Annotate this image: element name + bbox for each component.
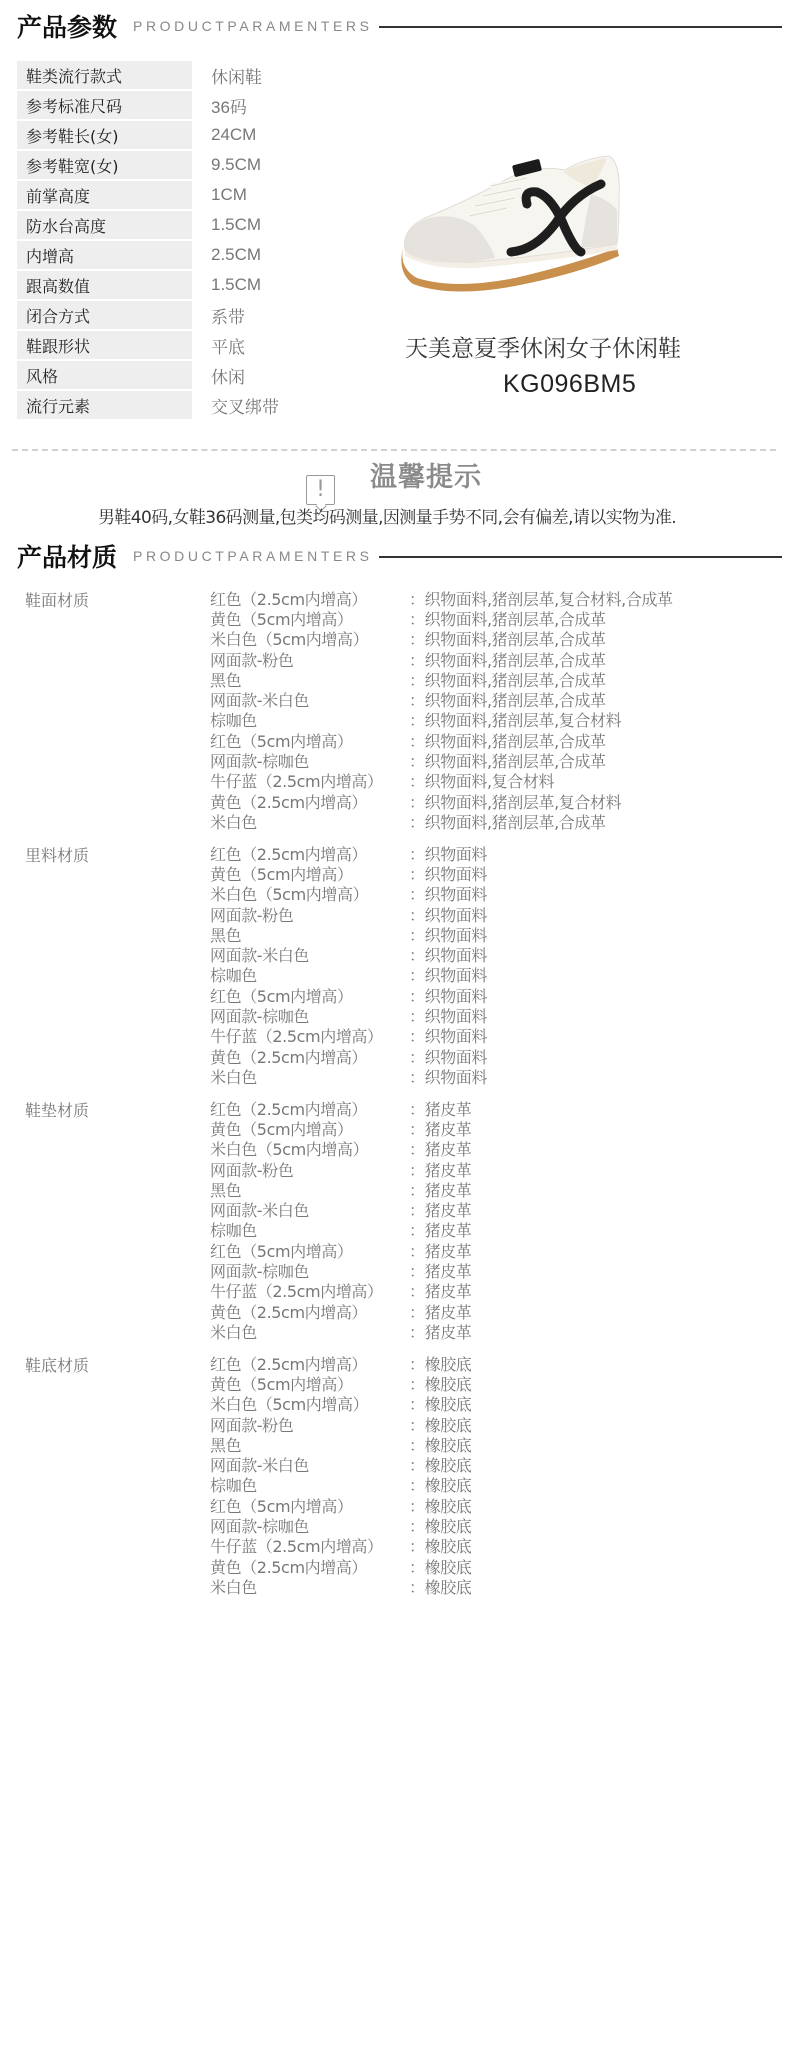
material-row: 黑色：猪皮革 [210, 1179, 790, 1199]
material-row: 米白色：猪皮革 [210, 1321, 790, 1341]
param-row: 参考鞋长(女)24CM [17, 120, 377, 150]
param-value: 1.5CM [211, 215, 261, 235]
material-row: 牛仔蓝（2.5cm内增高）：猪皮革 [210, 1281, 790, 1301]
material-row: 黄色（5cm内增高）：橡胶底 [210, 1373, 790, 1393]
param-row: 参考标准尺码36码 [17, 90, 377, 120]
param-label: 前掌高度 [17, 181, 192, 209]
param-value: 2.5CM [211, 245, 261, 265]
material-row: 棕咖色：织物面料 [210, 965, 790, 985]
material-value: ：织物面料,猪剖层革,合成革 [409, 810, 606, 833]
material-color: 米白色 [210, 1065, 409, 1088]
section-subtitle: PRODUCTPARAMENTERS [133, 18, 373, 34]
material-row: 红色（5cm内增高）：橡胶底 [210, 1495, 790, 1515]
material-row: 网面款-棕咖色：猪皮革 [210, 1260, 790, 1280]
material-row: 黄色（5cm内增高）：织物面料,猪剖层革,合成革 [210, 608, 790, 628]
param-value: 系带 [211, 303, 245, 328]
param-row: 跟高数值1.5CM [17, 270, 377, 300]
material-row: 黑色：橡胶底 [210, 1434, 790, 1454]
material-row: 黄色（2.5cm内增高）：猪皮革 [210, 1301, 790, 1321]
material-row: 红色（2.5cm内增高）：猪皮革 [210, 1098, 790, 1118]
material-value: ：织物面料 [409, 1065, 487, 1088]
material-row: 网面款-米白色：织物面料,猪剖层革,合成革 [210, 689, 790, 709]
material-row: 牛仔蓝（2.5cm内增高）：织物面料,复合材料 [210, 771, 790, 791]
material-row: 米白色（5cm内增高）：猪皮革 [210, 1139, 790, 1159]
param-value: 1.5CM [211, 275, 261, 295]
material-row: 米白色（5cm内增高）：橡胶底 [210, 1394, 790, 1414]
section-header-params: 产品参数 PRODUCTPARAMENTERS [17, 6, 782, 46]
material-row: 网面款-粉色：织物面料,猪剖层革,合成革 [210, 649, 790, 669]
material-row: 棕咖色：织物面料,猪剖层革,复合材料 [210, 710, 790, 730]
material-row: 网面款-棕咖色：橡胶底 [210, 1515, 790, 1535]
product-name: 天美意夏季休闲女子休闲鞋 [405, 330, 681, 363]
params-table: 鞋类流行款式休闲鞋 参考标准尺码36码 参考鞋长(女)24CM 参考鞋宽(女)9… [17, 60, 377, 420]
param-row: 风格休闲 [17, 360, 377, 390]
param-row: 闭合方式系带 [17, 300, 377, 330]
material-color: 米白色 [210, 810, 409, 833]
param-label: 流行元素 [17, 391, 192, 419]
material-group-label: 鞋底材质 [25, 1353, 89, 1376]
param-label: 闭合方式 [17, 301, 192, 329]
material-group-label: 里料材质 [25, 843, 89, 866]
param-value: 休闲鞋 [211, 63, 262, 88]
product-card: 天美意夏季休闲女子休闲鞋 KG096BM5 [395, 130, 790, 410]
material-row: 红色（5cm内增高）：织物面料,猪剖层革,合成革 [210, 730, 790, 750]
material-row: 红色（2.5cm内增高）：橡胶底 [210, 1353, 790, 1373]
material-row: 棕咖色：橡胶底 [210, 1475, 790, 1495]
material-row: 网面款-棕咖色：织物面料 [210, 1005, 790, 1025]
material-row: 网面款-米白色：橡胶底 [210, 1454, 790, 1474]
section-title: 产品材质 [17, 538, 117, 574]
param-row: 防水台高度1.5CM [17, 210, 377, 240]
material-row: 网面款-米白色：织物面料 [210, 944, 790, 964]
param-label: 鞋跟形状 [17, 331, 192, 359]
material-row: 网面款-米白色：猪皮革 [210, 1199, 790, 1219]
header-rule [379, 556, 782, 558]
tips-title: 温馨提示 [370, 455, 482, 494]
section-title: 产品参数 [17, 8, 117, 44]
exclamation-bubble-icon: ! [306, 475, 335, 505]
dashed-divider [12, 449, 776, 451]
param-label: 参考鞋长(女) [17, 121, 192, 149]
material-row: 红色（2.5cm内增高）：织物面料,猪剖层革,复合材料,合成革 [210, 588, 790, 608]
param-value: 24CM [211, 125, 256, 145]
param-row: 鞋跟形状平底 [17, 330, 377, 360]
param-label: 风格 [17, 361, 192, 389]
material-row: 黑色：织物面料,猪剖层革,合成革 [210, 669, 790, 689]
material-row: 网面款-粉色：橡胶底 [210, 1414, 790, 1434]
material-row: 网面款-粉色：织物面料 [210, 904, 790, 924]
tips-block: ! 温馨提示 男鞋40码,女鞋36码测量,包类均码测量,因测量手势不同,会有偏差… [0, 455, 790, 535]
material-row: 棕咖色：猪皮革 [210, 1220, 790, 1240]
material-row: 黄色（5cm内增高）：猪皮革 [210, 1118, 790, 1138]
section-header-materials: 产品材质 PRODUCTPARAMENTERS [17, 536, 782, 576]
param-row: 内增高2.5CM [17, 240, 377, 270]
material-group-insole: 鞋垫材质 红色（2.5cm内增高）：猪皮革黄色（5cm内增高）：猪皮革米白色（5… [0, 1098, 790, 1353]
material-group-upper: 鞋面材质 红色（2.5cm内增高）：织物面料,猪剖层革,复合材料,合成革黄色（5… [0, 588, 790, 843]
material-row: 黄色（5cm内增高）：织物面料 [210, 863, 790, 883]
material-row: 黑色：织物面料 [210, 924, 790, 944]
param-value: 36码 [211, 93, 247, 118]
param-label: 内增高 [17, 241, 192, 269]
material-value: ：橡胶底 [409, 1575, 471, 1598]
param-row: 鞋类流行款式休闲鞋 [17, 60, 377, 90]
material-row: 黄色（2.5cm内增高）：织物面料,猪剖层革,复合材料 [210, 791, 790, 811]
param-label: 跟高数值 [17, 271, 192, 299]
param-row: 参考鞋宽(女)9.5CM [17, 150, 377, 180]
materials-list: 鞋面材质 红色（2.5cm内增高）：织物面料,猪剖层革,复合材料,合成革黄色（5… [0, 588, 790, 1608]
material-group-label: 鞋面材质 [25, 588, 89, 611]
material-group-outsole: 鞋底材质 红色（2.5cm内增高）：橡胶底黄色（5cm内增高）：橡胶底米白色（5… [0, 1353, 790, 1608]
param-label: 参考鞋宽(女) [17, 151, 192, 179]
material-row: 米白色：织物面料 [210, 1066, 790, 1086]
material-row: 米白色：橡胶底 [210, 1576, 790, 1596]
material-row: 红色（5cm内增高）：织物面料 [210, 985, 790, 1005]
param-label: 防水台高度 [17, 211, 192, 239]
param-label: 鞋类流行款式 [17, 61, 192, 89]
material-row: 网面款-粉色：猪皮革 [210, 1159, 790, 1179]
sneaker-image [395, 140, 635, 300]
material-row: 米白色（5cm内增高）：织物面料 [210, 884, 790, 904]
material-group-lining: 里料材质 红色（2.5cm内增高）：织物面料黄色（5cm内增高）：织物面料米白色… [0, 843, 790, 1098]
material-row: 黄色（2.5cm内增高）：橡胶底 [210, 1556, 790, 1576]
tips-text: 男鞋40码,女鞋36码测量,包类均码测量,因测量手势不同,会有偏差,请以实物为准… [98, 503, 676, 528]
header-rule [379, 26, 782, 28]
material-color: 米白色 [210, 1320, 409, 1343]
param-value: 交叉绑带 [211, 393, 279, 418]
section-subtitle: PRODUCTPARAMENTERS [133, 548, 373, 564]
param-value: 1CM [211, 185, 247, 205]
param-value: 平底 [211, 333, 245, 358]
material-row: 米白色（5cm内增高）：织物面料,猪剖层革,合成革 [210, 629, 790, 649]
material-color: 米白色 [210, 1575, 409, 1598]
material-row: 牛仔蓝（2.5cm内增高）：织物面料 [210, 1026, 790, 1046]
material-row: 红色（2.5cm内增高）：织物面料 [210, 843, 790, 863]
product-code: KG096BM5 [503, 370, 636, 399]
material-row: 网面款-棕咖色：织物面料,猪剖层革,合成革 [210, 750, 790, 770]
param-label: 参考标准尺码 [17, 91, 192, 119]
material-row: 黄色（2.5cm内增高）：织物面料 [210, 1046, 790, 1066]
param-row: 流行元素交叉绑带 [17, 390, 377, 420]
param-value: 9.5CM [211, 155, 261, 175]
param-value: 休闲 [211, 363, 245, 388]
material-group-label: 鞋垫材质 [25, 1098, 89, 1121]
material-row: 红色（5cm内增高）：猪皮革 [210, 1240, 790, 1260]
material-row: 牛仔蓝（2.5cm内增高）：橡胶底 [210, 1536, 790, 1556]
material-value: ：猪皮革 [409, 1320, 471, 1343]
material-row: 米白色：织物面料,猪剖层革,合成革 [210, 811, 790, 831]
param-row: 前掌高度1CM [17, 180, 377, 210]
